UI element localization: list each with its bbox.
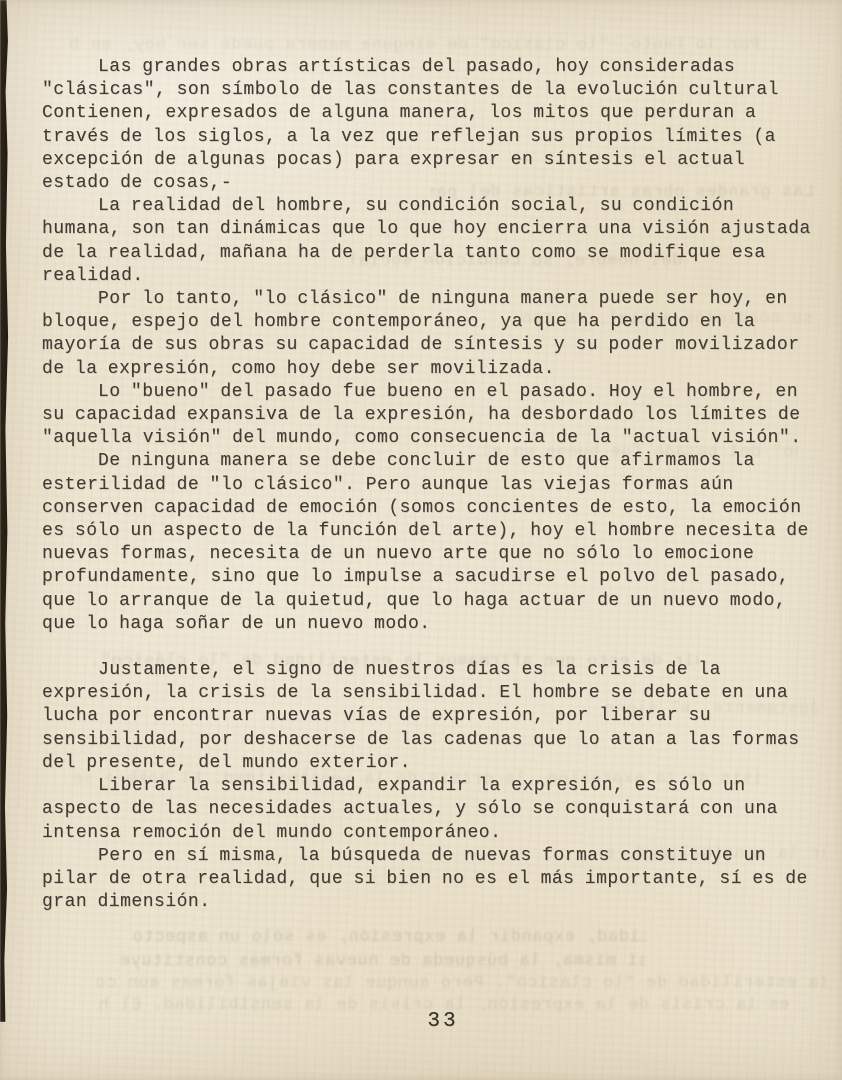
paragraph-5: De ninguna manera se debe concluir de es…: [42, 450, 814, 636]
paragraph-1: Las grandes obras artísticas del pasado,…: [42, 56, 814, 195]
document-text: Las grandes obras artísticas del pasado,…: [42, 56, 814, 914]
paragraph-8: Pero en sí misma, la búsqueda de nuevas …: [42, 845, 814, 915]
bleedthrough-text: De ninguna manera se debe concluir de es…: [95, 974, 825, 995]
scanned-page: Por lo tanto, "lo clásico" de ninguna ma…: [0, 0, 842, 1080]
binding-edge-shadow: [0, 0, 9, 1022]
paragraph-3: Por lo tanto, "lo clásico" de ninguna ma…: [42, 288, 814, 381]
bleedthrough-text: Por lo tanto, "lo clásico" de ninguna ma…: [70, 36, 760, 57]
paragraph-7: Liberar la sensibilidad, expandir la exp…: [42, 775, 814, 845]
paragraph-2: La realidad del hombre, su condición soc…: [42, 195, 814, 288]
paragraph-6: Justamente, el signo de nuestros días es…: [42, 659, 814, 775]
page-number: 33: [427, 1010, 458, 1033]
bleedthrough-text: Pero en sí misma, la búsqueda de nuevas …: [115, 952, 645, 973]
paragraph-4: Lo "bueno" del pasado fue bueno en el pa…: [42, 381, 814, 451]
bleedthrough-text: Liberar la sensibilidad, expandir la exp…: [130, 928, 645, 949]
